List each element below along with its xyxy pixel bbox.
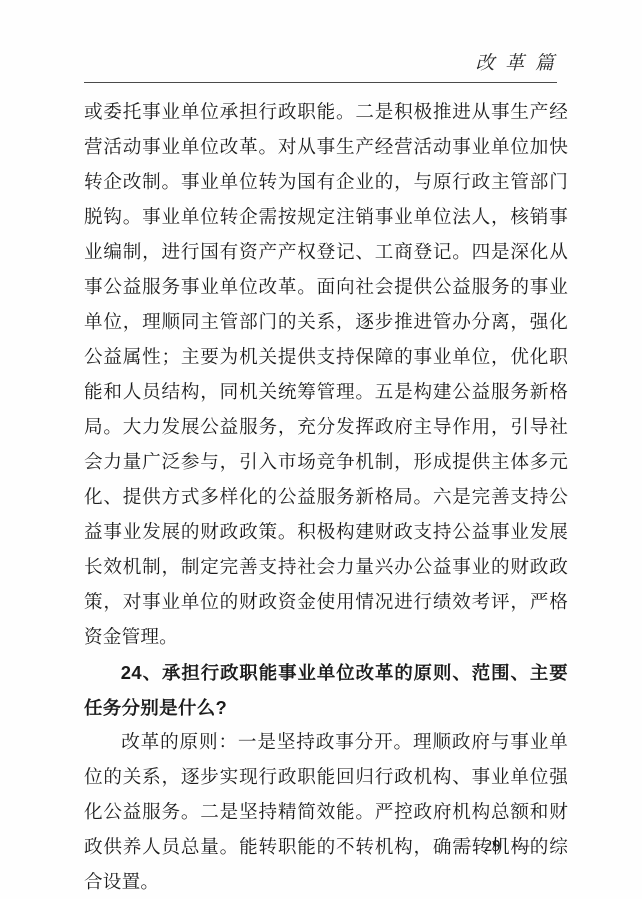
body-paragraph-answer: 改革的原则：一是坚持政事分开。理顺政府与事业单位的关系，逐步实现行政职能回归行政… — [84, 725, 568, 899]
page-header: 改 革 篇 — [84, 48, 557, 83]
chapter-title: 改 革 篇 — [475, 53, 557, 74]
book-page: 改 革 篇 或委托事业单位承担行政职能。二是积极推进从事生产经营活动事业单位改革… — [0, 0, 642, 899]
body-paragraph-continuation: 或委托事业单位承担行政职能。二是积极推进从事生产经营活动事业单位改革。对从事生产… — [84, 95, 568, 655]
page-footer: — 29 — — [455, 836, 530, 856]
page-number-dash-right: — — [514, 837, 530, 855]
page-number: 29 — [484, 836, 501, 856]
page-body: 或委托事业单位承担行政职能。二是积极推进从事生产经营活动事业单位改革。对从事生产… — [84, 95, 568, 899]
page-number-dash-left: — — [455, 837, 471, 855]
question-heading: 24、承担行政职能事业单位改革的原则、范围、主要任务分别是什么? — [84, 655, 568, 725]
